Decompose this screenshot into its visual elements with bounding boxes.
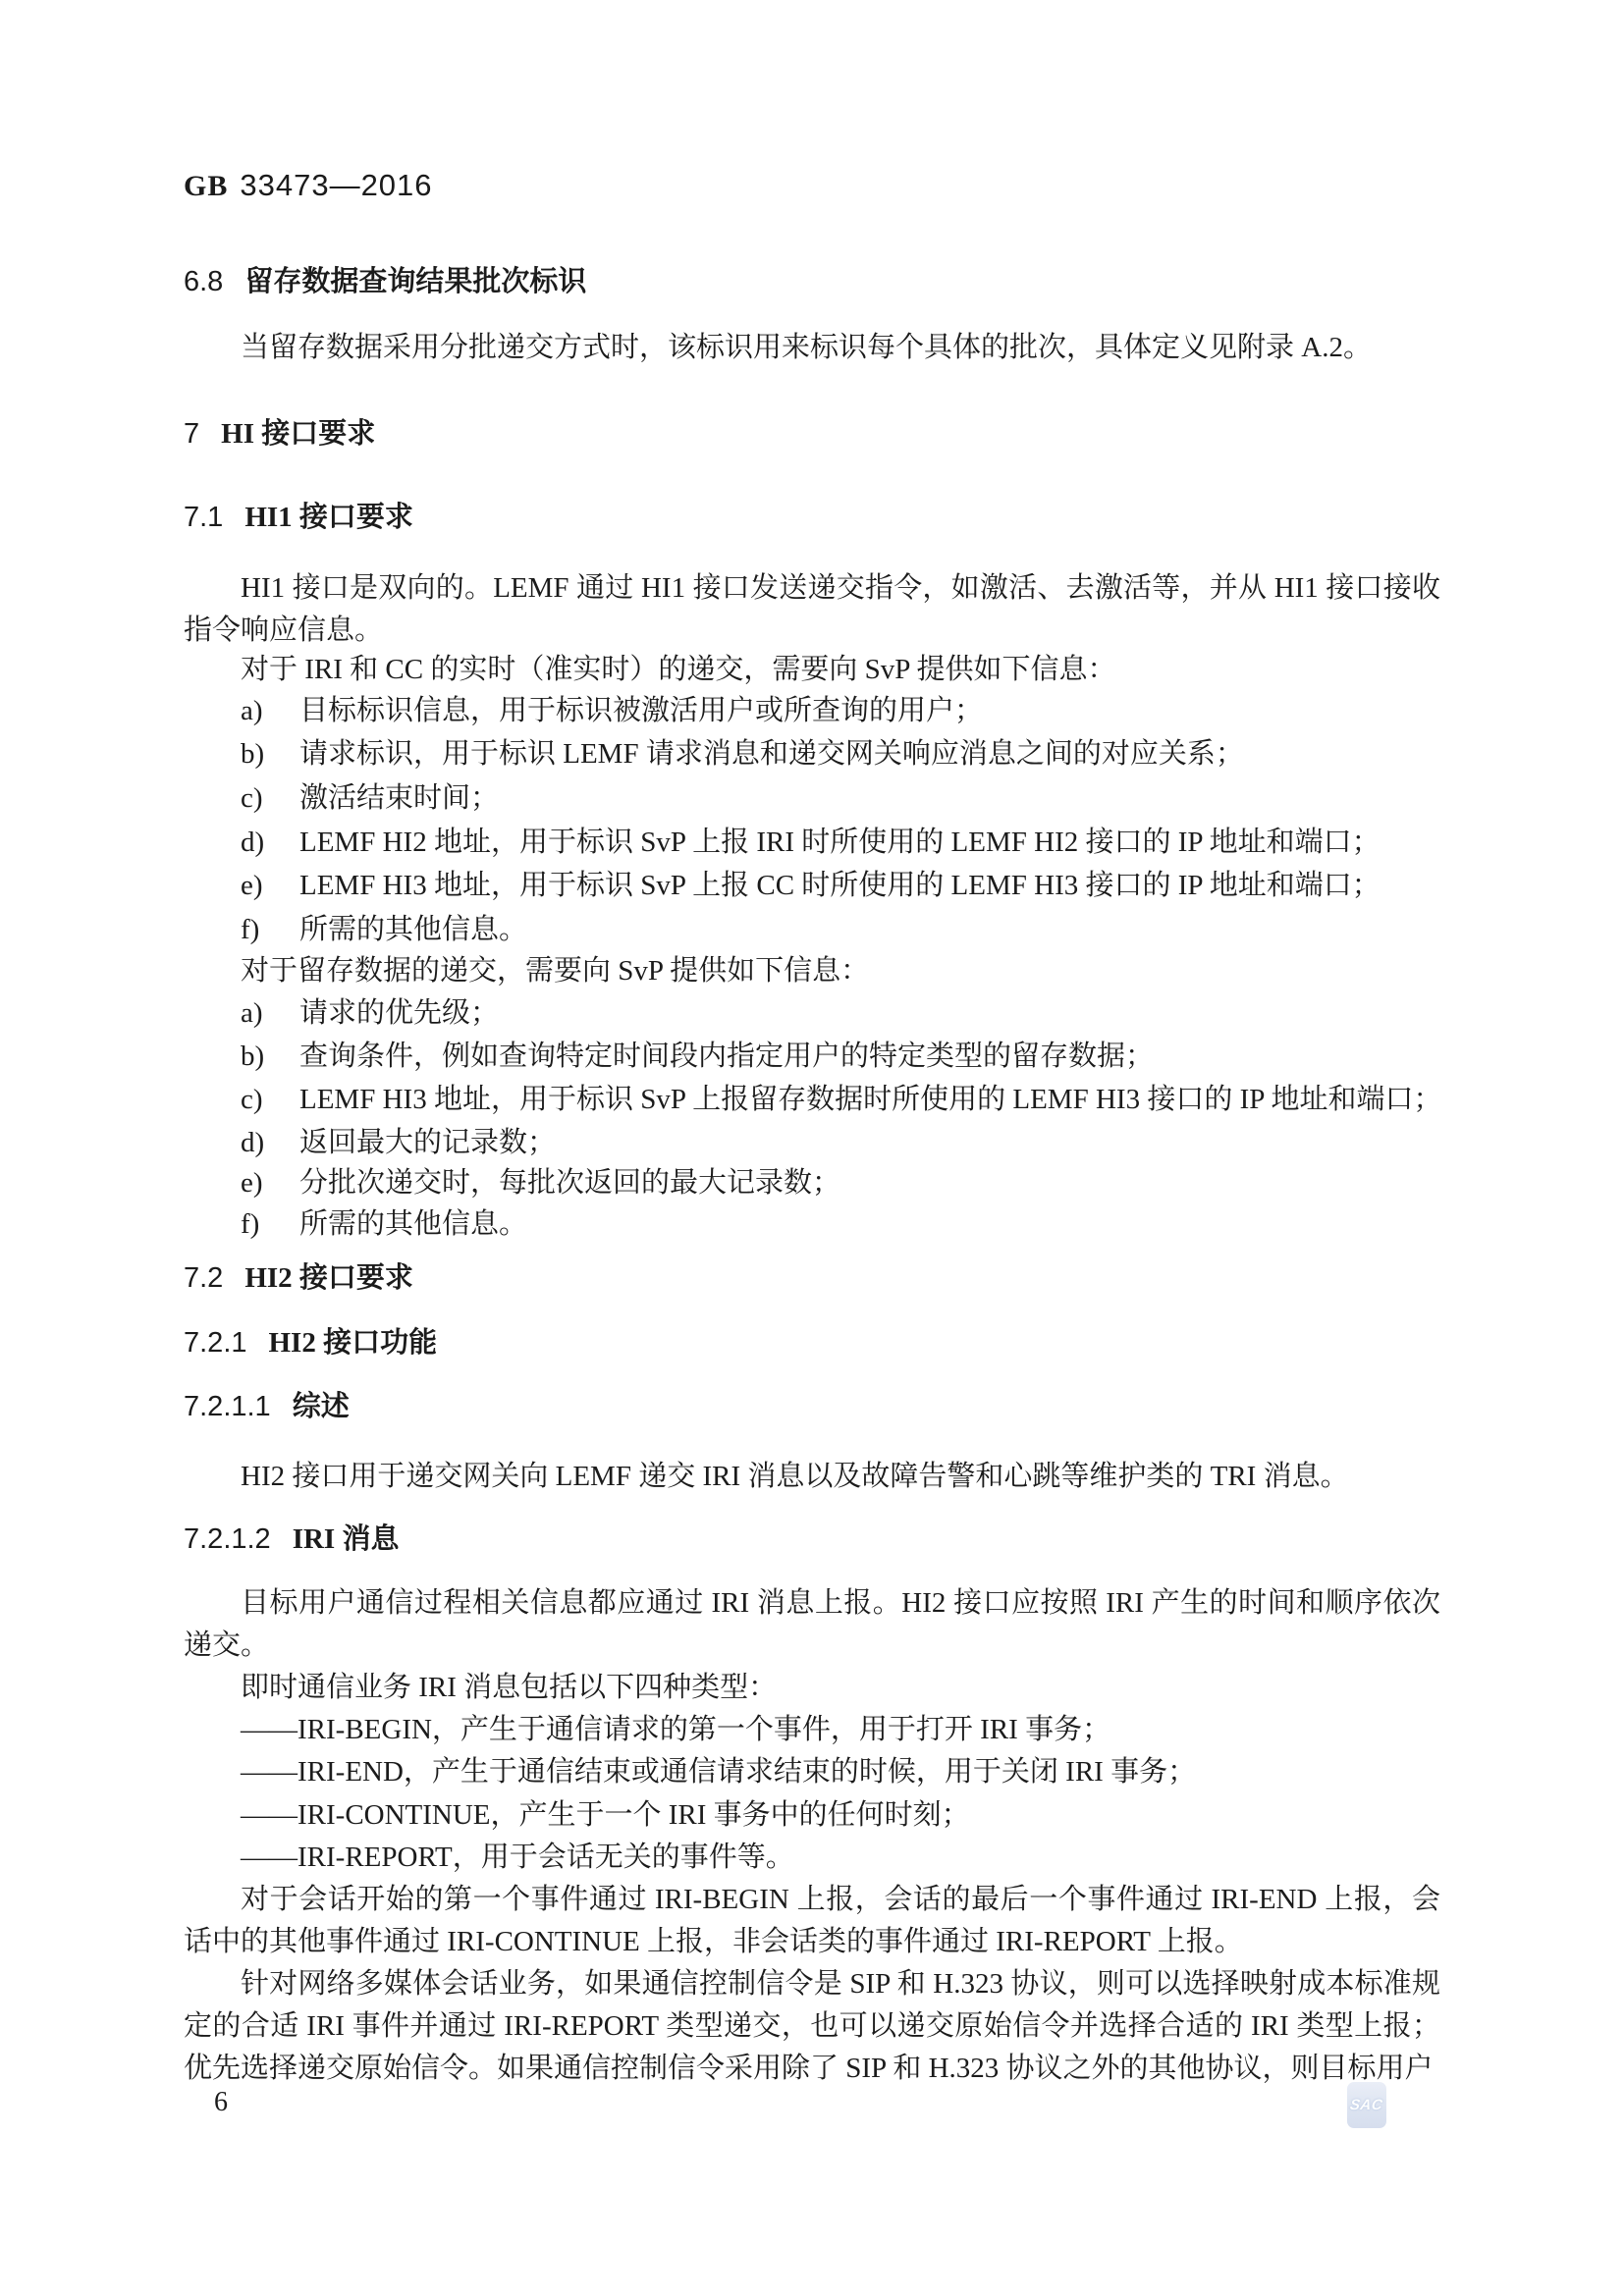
heading-number: 7.2.1 [184, 1327, 247, 1359]
document-page: GB33473—2016 6.8留存数据查询结果批次标识 当留存数据采用分批递交… [0, 0, 1624, 2296]
list-marker: c) [241, 777, 263, 820]
list-text: 查询条件，例如查询特定时间段内指定用户的特定类型的留存数据； [299, 1036, 1154, 1078]
list-item: b) 查询条件，例如查询特定时间段内指定用户的特定类型的留存数据； [184, 1036, 1440, 1078]
list-marker: f) [241, 909, 259, 951]
heading-title: IRI 消息 [293, 1523, 400, 1555]
running-header-doc-number: GB33473—2016 [184, 169, 1440, 203]
list-item: b) 请求标识，用于标识 LEMF 请求消息和递交网关响应消息之间的对应关系； [184, 733, 1440, 775]
heading-title: HI2 接口功能 [269, 1327, 438, 1359]
doc-number-prefix: GB [184, 170, 228, 202]
list-marker: e) [241, 1162, 263, 1204]
list-marker: c) [241, 1079, 263, 1121]
list-item: a) 目标标识信息，用于标识被激活用户或所查询的用户； [184, 690, 1440, 732]
dash-list-item: ——IRI-END，产生于通信结束或通信请求结束的时候，用于关闭 IRI 事务； [184, 1751, 1440, 1793]
list-text: 返回最大的记录数； [299, 1122, 556, 1164]
section-heading-7-2-1-1: 7.2.1.1综述 [184, 1390, 1440, 1423]
list-item: d) 返回最大的记录数； [184, 1122, 1440, 1164]
list-marker: d) [241, 822, 264, 864]
section-heading-7: 7HI 接口要求 [184, 417, 1440, 451]
list-text: 请求标识，用于标识 LEMF 请求消息和递交网关响应消息之间的对应关系； [299, 733, 1244, 775]
section-heading-7-2-1: 7.2.1HI2 接口功能 [184, 1326, 1440, 1360]
dash-list-item: ——IRI-BEGIN，产生于通信请求的第一个事件，用于打开 IRI 事务； [184, 1709, 1440, 1751]
paragraph: HI2 接口用于递交网关向 LEMF 递交 IRI 消息以及故障告警和心跳等维护… [184, 1456, 1440, 1498]
list-text: 目标标识信息，用于标识被激活用户或所查询的用户； [299, 690, 983, 732]
list-item: e) LEMF HI3 地址，用于标识 SvP 上报 CC 时所使用的 LEMF… [184, 865, 1440, 907]
heading-title: HI2 接口要求 [244, 1262, 413, 1294]
list-item: f) 所需的其他信息。 [184, 909, 1440, 951]
list-text: 激活结束时间； [299, 777, 499, 820]
heading-number: 7.2 [184, 1262, 223, 1294]
list-marker: f) [241, 1203, 259, 1246]
list-marker: e) [241, 865, 263, 907]
section-heading-7-2-1-2: 7.2.1.2IRI 消息 [184, 1522, 1440, 1556]
list-item: e) 分批次递交时，每批次返回的最大记录数； [184, 1162, 1440, 1204]
list-text: LEMF HI2 地址，用于标识 SvP 上报 IRI 时所使用的 LEMF H… [299, 822, 1380, 864]
paragraph: 对于会话开始的第一个事件通过 IRI-BEGIN 上报，会话的最后一个事件通过 … [184, 1879, 1440, 1963]
paragraph: 对于留存数据的递交，需要向 SvP 提供如下信息： [184, 950, 1440, 992]
list-marker: d) [241, 1122, 264, 1164]
section-heading-7-1: 7.1HI1 接口要求 [184, 501, 1440, 534]
list-marker: a) [241, 992, 263, 1035]
dash-list-item: ——IRI-CONTINUE，产生于一个 IRI 事务中的任何时刻； [184, 1794, 1440, 1837]
list-text: LEMF HI3 地址，用于标识 SvP 上报 CC 时所使用的 LEMF HI… [299, 865, 1380, 907]
list-text: 分批次递交时，每批次返回的最大记录数； [299, 1162, 840, 1204]
paragraph: 即时通信业务 IRI 消息包括以下四种类型： [184, 1667, 1440, 1709]
list-item: f) 所需的其他信息。 [184, 1203, 1440, 1246]
sac-logo: SAC [1347, 2082, 1386, 2128]
paragraph: HI1 接口是双向的。LEMF 通过 HI1 接口发送递交指令，如激活、去激活等… [184, 567, 1440, 652]
heading-title: HI 接口要求 [221, 418, 375, 450]
list-marker: b) [241, 1036, 264, 1078]
heading-number: 7.2.1.1 [184, 1391, 271, 1422]
list-text: 请求的优先级； [299, 992, 499, 1035]
paragraph: 对于 IRI 和 CC 的实时（准实时）的递交，需要向 SvP 提供如下信息： [184, 649, 1440, 691]
heading-number: 7.1 [184, 502, 223, 533]
list-item: c) LEMF HI3 地址，用于标识 SvP 上报留存数据时所使用的 LEMF… [184, 1079, 1440, 1121]
list-item: c) 激活结束时间； [184, 777, 1440, 820]
list-marker: a) [241, 690, 263, 732]
section-heading-6-8: 6.8留存数据查询结果批次标识 [184, 265, 1440, 298]
section-heading-7-2: 7.2HI2 接口要求 [184, 1261, 1440, 1295]
heading-number: 7 [184, 418, 199, 450]
list-text: LEMF HI3 地址，用于标识 SvP 上报留存数据时所使用的 LEMF HI… [299, 1079, 1442, 1121]
list-text: 所需的其他信息。 [299, 909, 527, 951]
paragraph: 针对网络多媒体会话业务，如果通信控制信令是 SIP 和 H.323 协议，则可以… [184, 1963, 1440, 2090]
list-text: 所需的其他信息。 [299, 1203, 527, 1246]
list-marker: b) [241, 733, 264, 775]
page-number: 6 [214, 2087, 273, 2118]
doc-number-digits: 33473—2016 [240, 168, 432, 202]
list-item: d) LEMF HI2 地址，用于标识 SvP 上报 IRI 时所使用的 LEM… [184, 822, 1440, 864]
dash-list-item: ——IRI-REPORT，用于会话无关的事件等。 [184, 1837, 1440, 1879]
paragraph: 目标用户通信过程相关信息都应通过 IRI 消息上报。HI2 接口应按照 IRI … [184, 1582, 1440, 1667]
heading-title: HI1 接口要求 [244, 502, 413, 533]
list-item: a) 请求的优先级； [184, 992, 1440, 1035]
heading-title: 留存数据查询结果批次标识 [244, 266, 586, 297]
heading-number: 6.8 [184, 266, 223, 297]
heading-title: 综述 [293, 1391, 350, 1422]
paragraph: 当留存数据采用分批递交方式时，该标识用来标识每个具体的批次，具体定义见附录 A.… [184, 327, 1440, 369]
heading-number: 7.2.1.2 [184, 1523, 271, 1555]
sac-logo-text: SAC [1349, 2097, 1384, 2113]
